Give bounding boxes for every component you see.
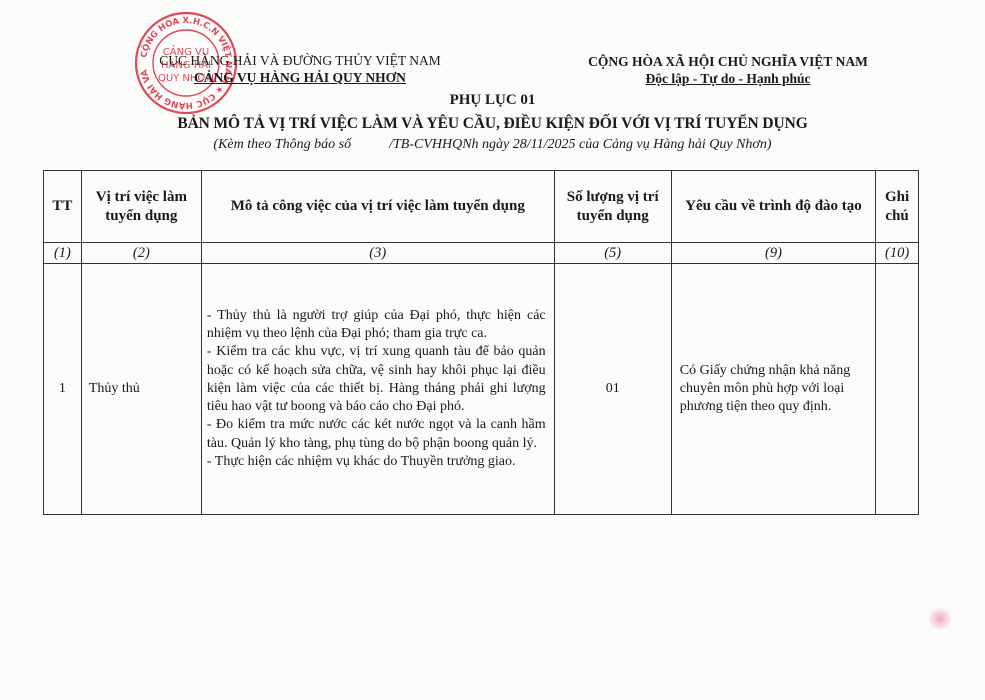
cell-quantity: 01: [554, 264, 671, 515]
table-header-row: TT Vị trí việc làm tuyển dụng Mô tả công…: [44, 171, 919, 243]
header-quantity: Số lượng vị trí tuyển dụng: [554, 171, 671, 243]
description-item: - Thực hiện các nhiệm vụ khác do Thuyền …: [207, 453, 546, 471]
colnum-9: (9): [671, 243, 875, 264]
cell-tt: 1: [44, 264, 82, 515]
header-tt: TT: [44, 171, 82, 243]
motto: Độc lập - Tự do - Hạnh phúc: [538, 70, 918, 87]
cell-description: - Thủy thủ là người trợ giúp của Đại phó…: [201, 264, 554, 515]
subtitle-part-2: /TB-CVHHQNh ngày 28/11/2025 của Cảng vụ …: [389, 137, 771, 152]
colnum-5: (5): [554, 243, 671, 264]
colnum-2: (2): [81, 243, 201, 264]
parent-agency: CỤC HÀNG HẢI VÀ ĐƯỜNG THỦY VIỆT NAM: [130, 52, 470, 69]
cell-requirement: Có Giấy chứng nhận khả năng chuyên môn p…: [671, 264, 875, 515]
header-requirement: Yêu cầu về trình độ đào tạo: [671, 171, 875, 243]
colnum-3: (3): [201, 243, 554, 264]
header-note: Ghi chú: [876, 171, 919, 243]
description-item: - Kiểm tra các khu vực, vị trí xung quan…: [207, 343, 546, 416]
table-row: 1 Thủy thủ - Thủy thủ là người trợ giúp …: [44, 264, 919, 515]
header-description: Mô tả công việc của vị trí việc làm tuyể…: [201, 171, 554, 243]
column-number-row: (1) (2) (3) (5) (9) (10): [44, 243, 919, 264]
national-motto: CỘNG HÒA XÃ HỘI CHỦ NGHĨA VIỆT NAM Độc l…: [538, 53, 918, 87]
subtitle-part-1: (Kèm theo Thông báo số: [213, 137, 351, 152]
agency-name: CẢNG VỤ HÀNG HẢI QUY NHƠN: [194, 70, 406, 85]
description-item: - Thủy thủ là người trợ giúp của Đại phó…: [207, 307, 546, 344]
issuing-agency: CỤC HÀNG HẢI VÀ ĐƯỜNG THỦY VIỆT NAM CẢNG…: [130, 52, 470, 86]
colnum-1: (1): [44, 243, 82, 264]
colnum-10: (10): [876, 243, 919, 264]
appendix-title: PHỤ LỤC 01: [0, 92, 985, 109]
cell-position: Thủy thủ: [81, 264, 201, 515]
job-description-table: TT Vị trí việc làm tuyển dụng Mô tả công…: [43, 170, 919, 515]
header-position: Vị trí việc làm tuyển dụng: [81, 171, 201, 243]
document-title: BẢN MÔ TẢ VỊ TRÍ VIỆC LÀM VÀ YÊU CẦU, ĐI…: [0, 115, 985, 133]
cell-note: [876, 264, 919, 515]
description-item: - Đo kiểm tra mức nước các két nước ngọt…: [207, 416, 546, 453]
ink-smudge: [929, 607, 951, 631]
country-name: CỘNG HÒA XÃ HỘI CHỦ NGHĨA VIỆT NAM: [538, 53, 918, 70]
document-subtitle: (Kèm theo Thông báo số/TB-CVHHQNh ngày 2…: [0, 137, 985, 153]
